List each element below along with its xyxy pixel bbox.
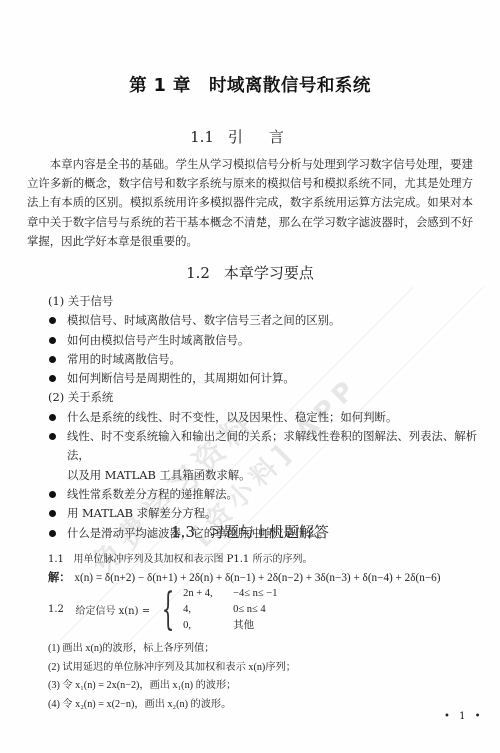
sub-item: (1) 画出 x(n)的波形，标上各序列值； bbox=[48, 640, 296, 659]
problem-number: 1.2 bbox=[48, 604, 64, 615]
list-item: 常用的时域离散信号。 bbox=[48, 350, 478, 369]
problem-1-2-items: (1) 画出 x(n)的波形，标上各序列值； (2) 试用延迟的单位脉冲序列及其… bbox=[48, 640, 296, 714]
list-item: 如何由模拟信号产生时域离散信号。 bbox=[48, 331, 478, 350]
section-number: 1.2 bbox=[186, 264, 210, 282]
solution-label: 解： bbox=[48, 572, 70, 584]
case-cond: 0≤ n≤ 4 bbox=[233, 602, 277, 617]
problem-text: 用单位脉冲序列及其加权和表示图 P1.1 所示的序列。 bbox=[73, 554, 312, 565]
sub-item: (2) 试用延迟的单位脉冲序列及其加权和表示 x(n)序列； bbox=[48, 659, 296, 678]
bullet-icon bbox=[49, 356, 56, 363]
list-item-continuation: 以及用 MATLAB 工具箱函数求解。 bbox=[48, 466, 478, 485]
page-number: • 1 • bbox=[444, 711, 484, 722]
section-number: 1.3 bbox=[171, 523, 195, 541]
intro-paragraph: 本章内容是全书的基础。学生从学习模拟信号分析与处理到学习数字信号处理，要建立许多… bbox=[27, 155, 473, 251]
section-heading-1-3: 1.3习题与上机题解答 bbox=[0, 521, 500, 542]
document-page: 免费学习资料 [资小料] APP 第 1 章时域离散信号和系统 1.1引言 本章… bbox=[0, 0, 500, 753]
chapter-title: 第 1 章时域离散信号和系统 bbox=[0, 72, 500, 97]
bullet-icon bbox=[49, 510, 56, 517]
chapter-prefix: 第 1 章 bbox=[129, 76, 191, 96]
section-title: 习题与上机题解答 bbox=[209, 523, 329, 541]
sub-item: (3) 令 x₁(n) = 2x(n−2)，画出 x₁(n) 的波形； bbox=[48, 677, 296, 696]
list-item: 线性常系数差分方程的递推解法。 bbox=[48, 485, 478, 504]
section-title: 本章学习要点 bbox=[224, 264, 314, 282]
problem-1-2: 1.2 给定信号 x(n) = { 2n + 4, −4≤ n≤ −1 4, 0… bbox=[48, 586, 277, 633]
problem-1-1-solution: 解：x(n) = δ(n+2) − δ(n+1) + 2δ(n) + δ(n−1… bbox=[48, 570, 488, 586]
group-label-signals: (1) 关于信号 bbox=[48, 292, 478, 311]
bullet-icon bbox=[49, 414, 56, 421]
case-cond: −4≤ n≤ −1 bbox=[233, 586, 277, 601]
case-expr: 2n + 4, bbox=[183, 586, 233, 601]
group-label-systems: (2) 关于系统 bbox=[48, 388, 478, 407]
solution-equation: x(n) = δ(n+2) − δ(n+1) + 2δ(n) + δ(n−1) … bbox=[74, 572, 440, 584]
case-expr: 4, bbox=[183, 602, 233, 617]
bullet-icon bbox=[49, 317, 56, 324]
chapter-name: 时域离散信号和系统 bbox=[209, 76, 371, 96]
key-points-list: (1) 关于信号 模拟信号、时域离散信号、数字信号三者之间的区别。 如何由模拟信… bbox=[48, 292, 478, 543]
section-title: 引言 bbox=[228, 128, 310, 146]
left-brace-icon: { bbox=[162, 588, 175, 632]
problem-text: 给定信号 x(n) = bbox=[75, 602, 150, 617]
problem-number: 1.1 bbox=[48, 554, 64, 565]
bullet-icon bbox=[49, 337, 56, 344]
bullet-icon bbox=[49, 433, 56, 440]
problem-1-1: 1.1 用单位脉冲序列及其加权和表示图 P1.1 所示的序列。 bbox=[48, 552, 488, 567]
list-item: 模拟信号、时域离散信号、数字信号三者之间的区别。 bbox=[48, 311, 478, 330]
list-item: 如何判断信号是周期性的，其周期如何计算。 bbox=[48, 369, 478, 388]
list-item: 什么是系统的线性、时不变性，以及因果性、稳定性；如何判断。 bbox=[48, 408, 478, 427]
piecewise-cases: 2n + 4, −4≤ n≤ −1 4, 0≤ n≤ 4 0, 其他 bbox=[183, 586, 277, 633]
case-expr: 0, bbox=[183, 618, 233, 633]
list-item: 线性、时不变系统输入和输出之间的关系；求解线性卷积的图解法、列表法、解析法， bbox=[48, 427, 478, 466]
section-heading-1-2: 1.2本章学习要点 bbox=[0, 262, 500, 283]
case-cond: 其他 bbox=[233, 618, 277, 633]
section-number: 1.1 bbox=[190, 128, 214, 146]
bullet-icon bbox=[49, 491, 56, 498]
sub-item: (4) 令 x₂(n) = x(2−n)，画出 x₂(n) 的波形。 bbox=[48, 696, 296, 715]
bullet-icon bbox=[49, 375, 56, 382]
section-heading-1-1: 1.1引言 bbox=[0, 126, 500, 147]
